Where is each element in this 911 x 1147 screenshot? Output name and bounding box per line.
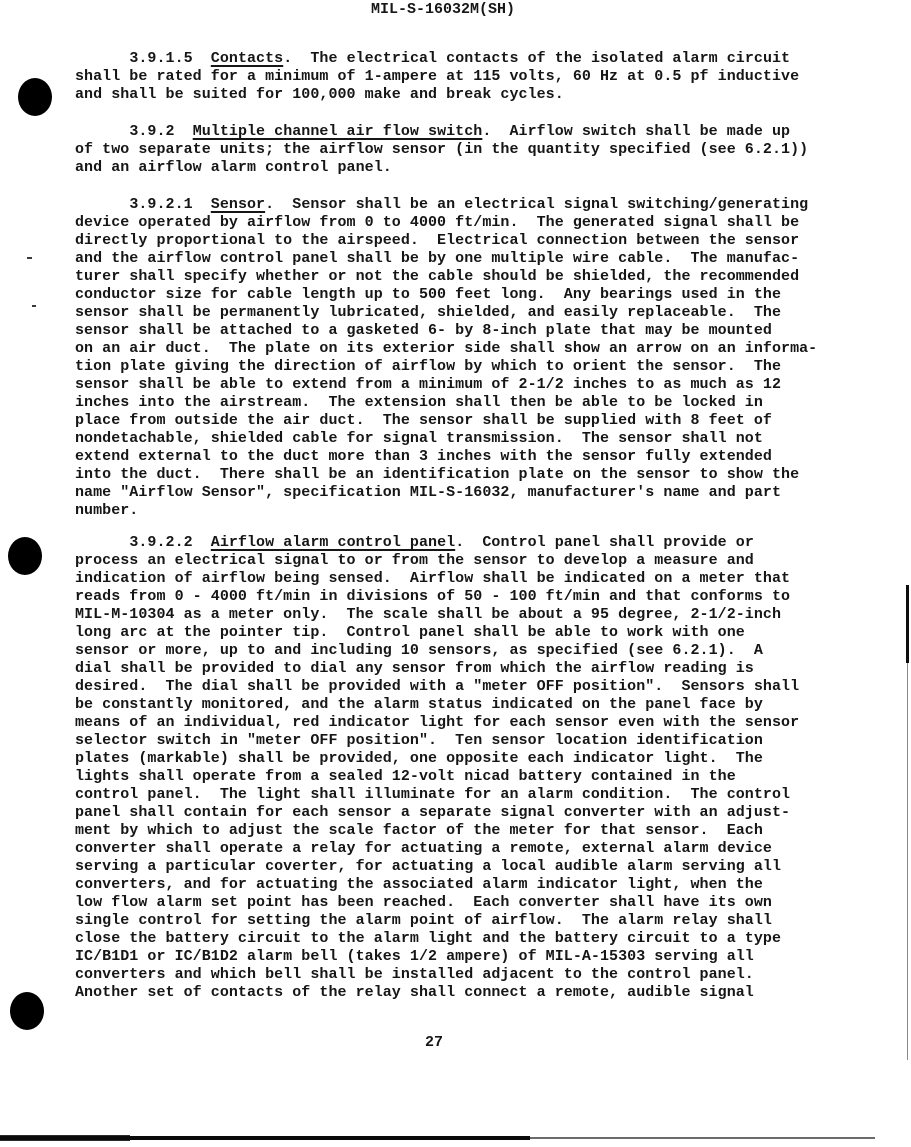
paragraph: 3.9.2 Multiple channel air flow switch. … — [75, 123, 808, 177]
punch-hole — [18, 78, 52, 116]
paragraph-first-rest: . Sensor shall be an electrical signal s… — [265, 196, 808, 213]
paragraph-indent — [75, 50, 129, 67]
paragraph-indent — [75, 196, 129, 213]
paragraph-number: 3.9.1.5 — [129, 50, 192, 67]
paragraph-body-lines: of two separate units; the airflow senso… — [75, 141, 808, 176]
right-margin-line-gray — [907, 663, 908, 1060]
paragraph-body-lines: process an electrical signal to or from … — [75, 552, 799, 1001]
paragraph-body-lines: device operated by airflow from 0 to 400… — [75, 214, 817, 519]
paragraph-indent — [75, 123, 129, 140]
right-margin-line-dark — [906, 585, 909, 663]
paragraph-heading: Contacts — [211, 50, 283, 67]
paragraph: 3.9.1.5 Contacts. The electrical contact… — [75, 50, 799, 104]
paragraph-gap — [193, 50, 211, 67]
paragraph-number: 3.9.2 — [129, 123, 174, 140]
paragraph-gap — [193, 196, 211, 213]
paragraph-heading: Airflow alarm control panel — [211, 534, 455, 551]
punch-hole — [10, 992, 44, 1030]
margin-tick — [27, 257, 32, 259]
document-header: MIL-S-16032M(SH) — [0, 1, 886, 18]
margin-tick — [32, 305, 36, 307]
paragraph-heading: Sensor — [211, 196, 265, 213]
paragraph-gap — [193, 534, 211, 551]
paragraph-body-lines: shall be rated for a minimum of 1-ampere… — [75, 68, 799, 103]
paragraph-number: 3.9.2.2 — [129, 534, 192, 551]
paragraph-heading: Multiple channel air flow switch — [193, 123, 483, 140]
paragraph-number: 3.9.2.1 — [129, 196, 192, 213]
bottom-scan-bar — [0, 1136, 530, 1140]
page-number: 27 — [425, 1034, 443, 1051]
bottom-scan-bar-right — [530, 1137, 875, 1139]
paragraph: 3.9.2.2 Airflow alarm control panel. Con… — [75, 534, 799, 1002]
paragraph: 3.9.2.1 Sensor. Sensor shall be an elect… — [75, 196, 817, 520]
document-page: MIL-S-16032M(SH) 3.9.1.5 Contacts. The e… — [0, 0, 911, 1147]
paragraph-first-rest: . Control panel shall provide or — [455, 534, 754, 551]
paragraph-first-rest: . Airflow switch shall be made up — [482, 123, 790, 140]
punch-hole — [8, 537, 42, 575]
paragraph-gap — [175, 123, 193, 140]
paragraph-first-rest: . The electrical contacts of the isolate… — [283, 50, 790, 67]
paragraph-indent — [75, 534, 129, 551]
